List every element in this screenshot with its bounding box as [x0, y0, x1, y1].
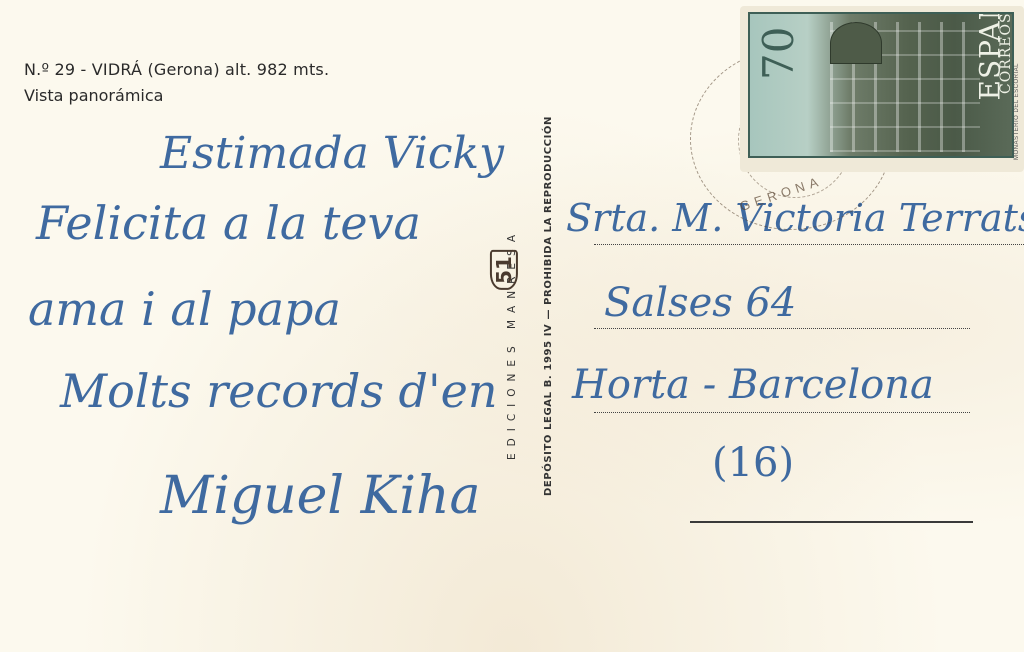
legal-notice: DEPÓSITO LEGAL B. 1995 IV — PROHIBIDA LA…: [543, 116, 554, 496]
dome-icon: [830, 22, 882, 64]
printed-caption-title: N.º 29 - VIDRÁ (Gerona) alt. 982 mts.: [24, 60, 329, 79]
signature: Miguel Kiha: [160, 466, 481, 526]
message-line-1: Estimada Vicky: [160, 128, 504, 179]
address-dotted-line-1: [594, 244, 1024, 245]
postage-stamp: 70 ESPAÑA CORREOS: [742, 8, 1022, 170]
printed-caption-subtitle: Vista panorámica: [24, 86, 163, 105]
address-underline: [690, 521, 973, 523]
address-dotted-line-2: [594, 328, 970, 329]
address-line-city: Horta - Barcelona: [572, 362, 934, 408]
message-line-4: Molts records d'en: [60, 364, 498, 418]
postcard-back: N.º 29 - VIDRÁ (Gerona) alt. 982 mts. Vi…: [0, 0, 1024, 652]
rubber-stamp-mark: 51: [490, 250, 518, 290]
stamp-image: 70 ESPAÑA CORREOS: [748, 12, 1014, 158]
message-line-3: ama i al papa: [28, 282, 341, 336]
address-dotted-line-3: [594, 412, 970, 413]
address-line-street: Salses 64: [604, 280, 796, 326]
address-line-postal-zone: (16): [712, 440, 794, 486]
stamp-value: 70: [754, 27, 803, 80]
stamp-caption: MONASTERIO DEL ESCORIAL: [1014, 63, 1020, 160]
message-line-2: Felicita a la teva: [36, 196, 421, 250]
